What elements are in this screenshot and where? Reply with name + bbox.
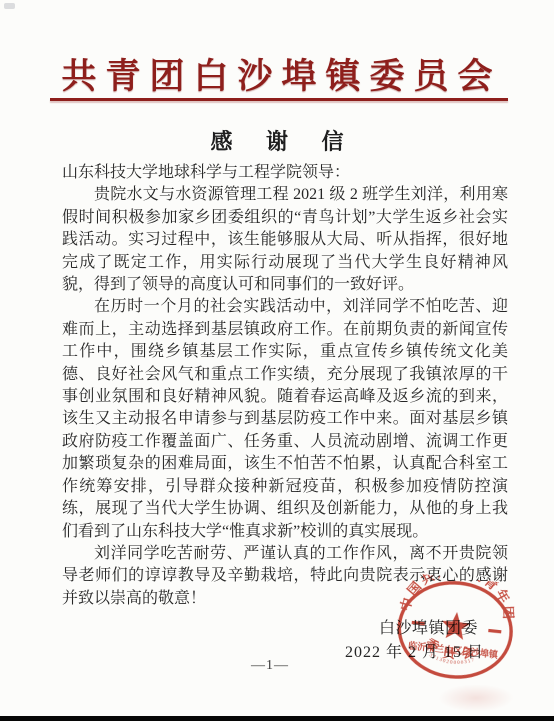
scanned-letter-page: 共青团白沙埠镇委员会 感 谢 信 山东科技大学地球科学与工程学院领导： 贵院水文… bbox=[0, 0, 554, 721]
page-number: —1— bbox=[0, 658, 540, 674]
seal-star-icon bbox=[440, 611, 471, 641]
document-title: 感 谢 信 bbox=[0, 125, 554, 156]
paragraph-2: 在历时一个月的社会实践活动中，刘洋同学不怕吃苦、迎难而上，主动选择到基层镇政府工… bbox=[62, 296, 508, 542]
letter-body: 山东科技大学地球科学与工程学院领导： 贵院水文与水资源管理工程 2021 级 2… bbox=[62, 162, 508, 610]
letterhead-underline bbox=[50, 98, 508, 101]
scan-edge-bar bbox=[0, 716, 554, 721]
letterhead-title: 共青团白沙埠镇委员会 bbox=[0, 49, 554, 99]
seal-ink-smudge bbox=[438, 684, 514, 712]
paragraph-1: 贵院水文与水资源管理工程 2021 级 2 班学生刘洋，利用寒假时间积极参加家乡… bbox=[62, 184, 508, 296]
salutation: 山东科技大学地球科学与工程学院领导： bbox=[62, 162, 508, 184]
scan-artifact bbox=[4, 3, 15, 9]
seal-left-dash bbox=[412, 621, 425, 626]
official-seal: 中国共产主义青年团 临沂市兰山区白沙埠镇 委员会 3713020000317 bbox=[387, 572, 526, 693]
seal-right-dash bbox=[488, 629, 501, 634]
